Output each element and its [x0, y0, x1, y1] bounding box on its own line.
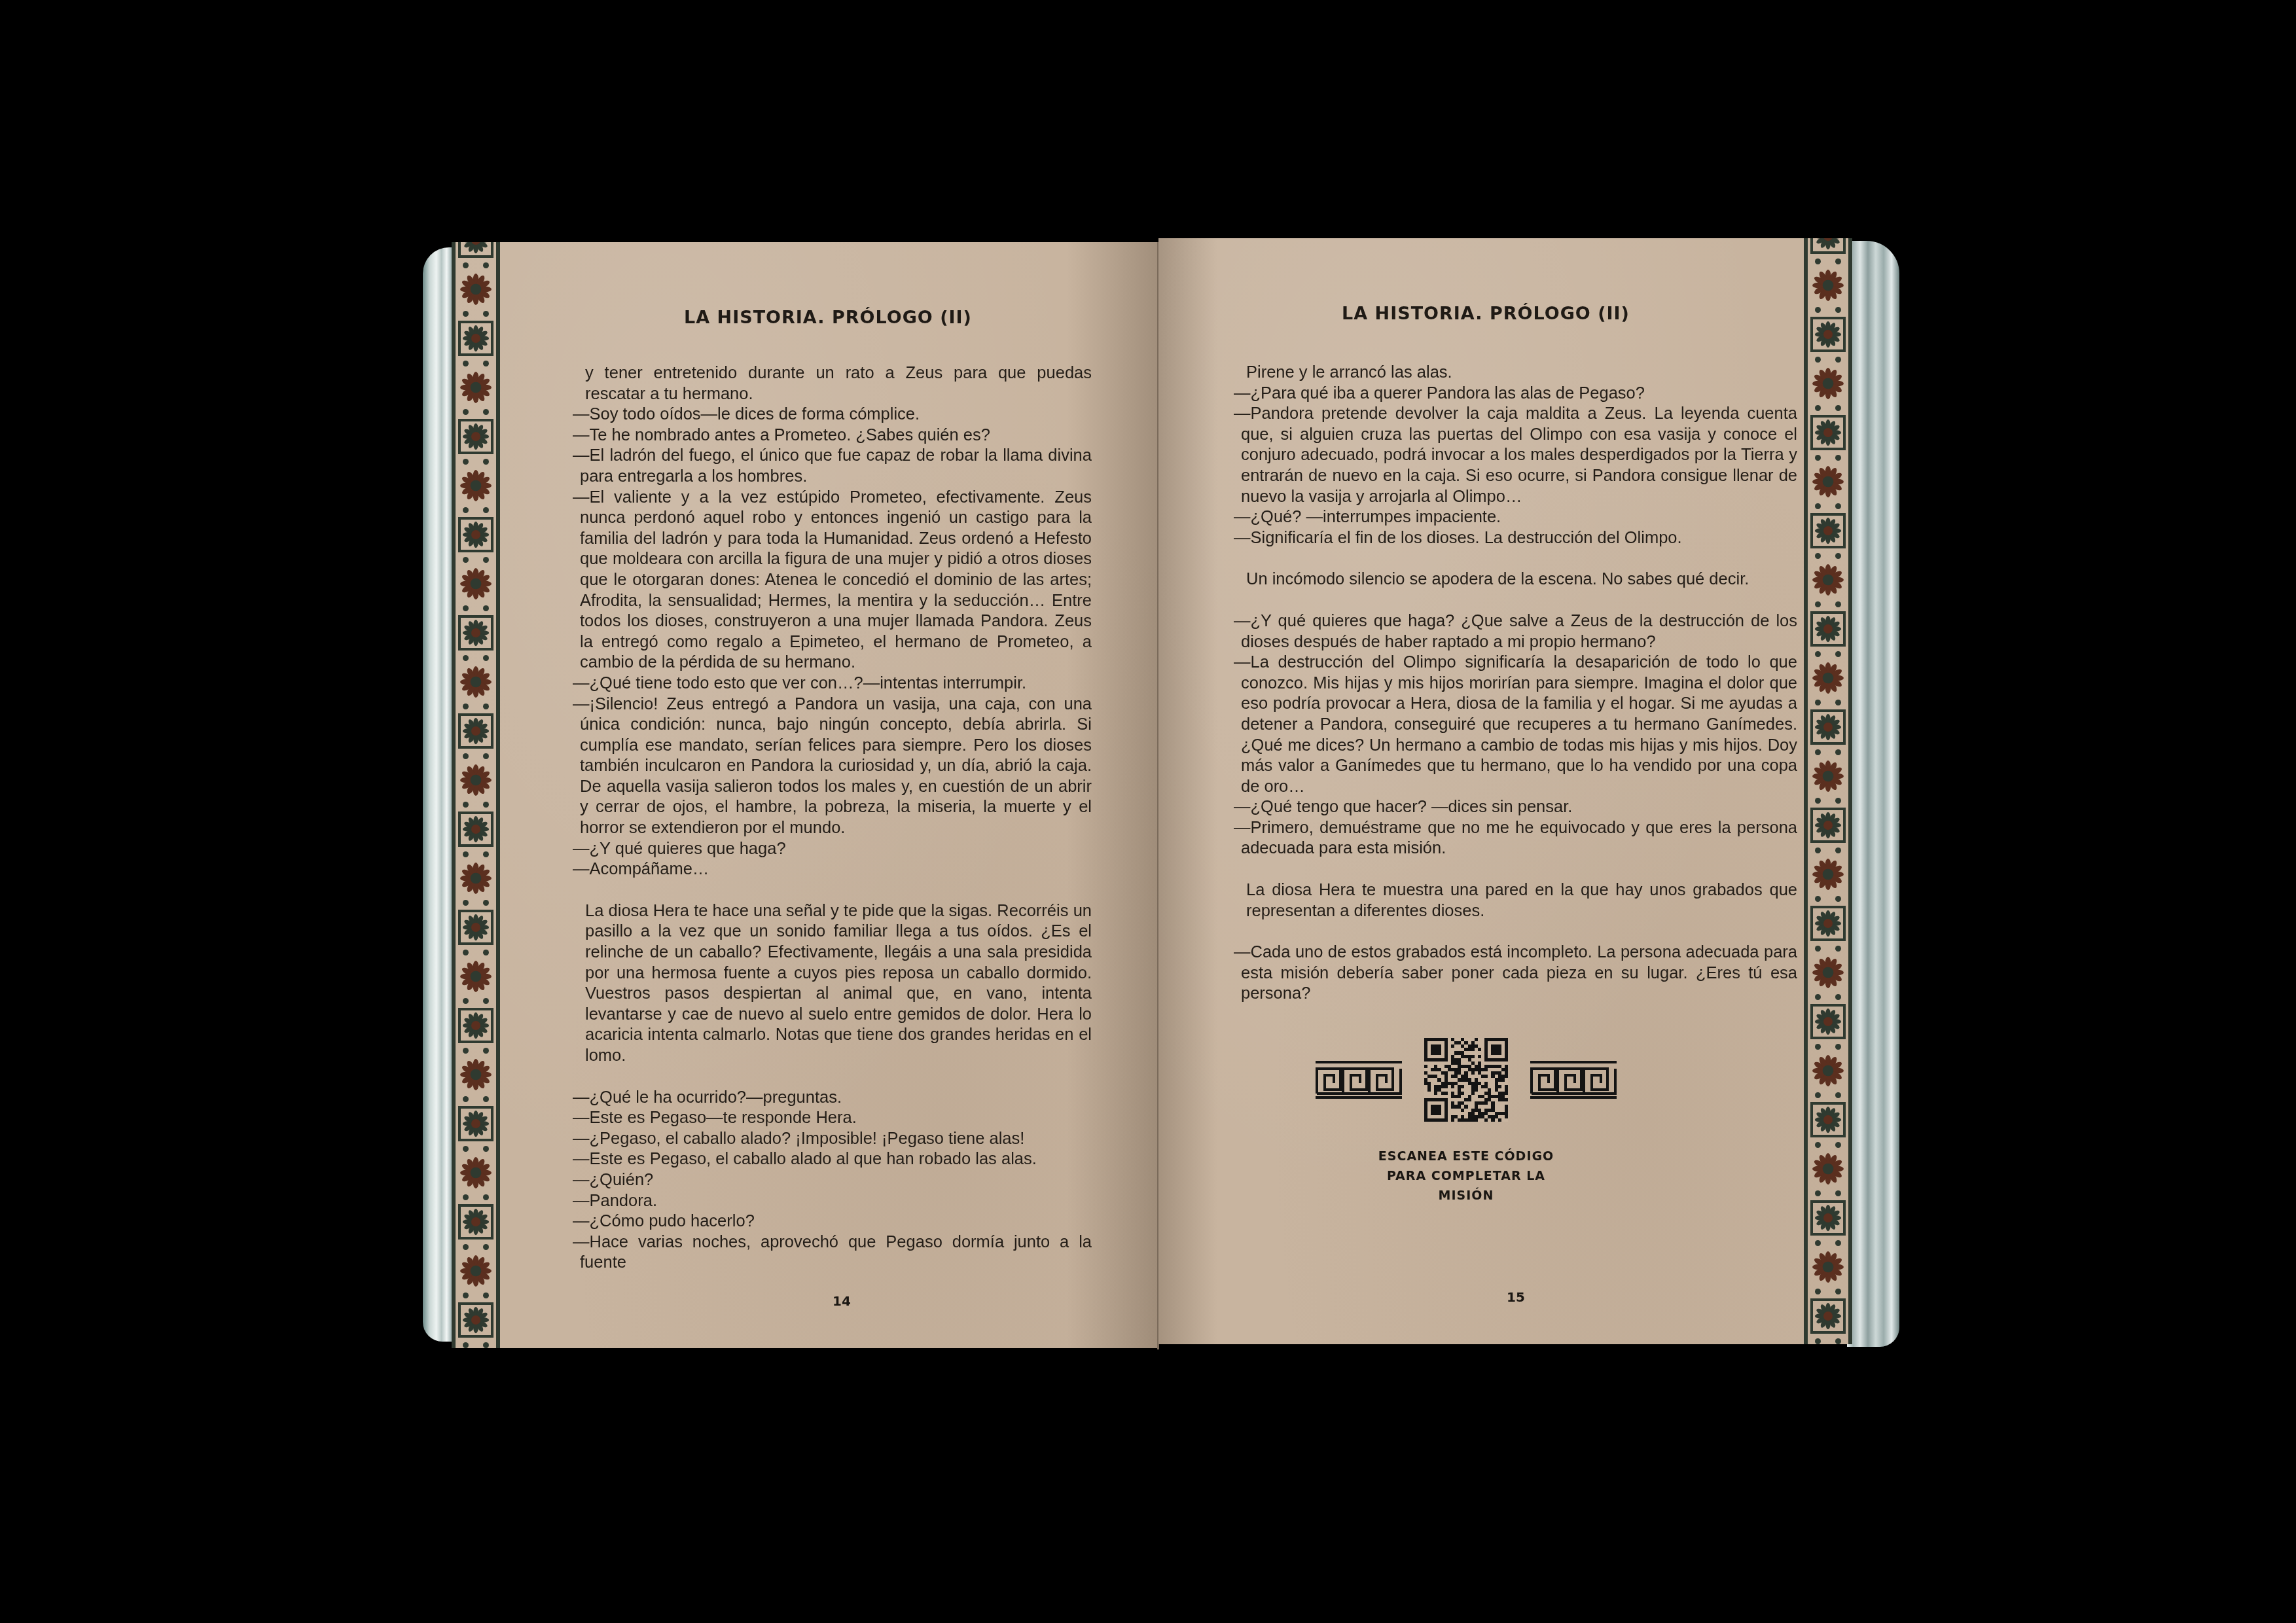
decorative-border-strip	[1804, 238, 1852, 1344]
dot-pair	[456, 1338, 496, 1348]
page-number: 14	[833, 1293, 851, 1309]
dot-pair	[1808, 941, 1848, 955]
open-book: LA HISTORIA. PRÓLOGO (II) y tener entret…	[423, 236, 1899, 1351]
dot-pair	[1808, 793, 1848, 808]
dialogue-line: —Este es Pegaso, el caballo alado al que…	[580, 1149, 1092, 1170]
rosette-icon	[459, 469, 493, 503]
dialogue-line: —Este es Pegaso—te responde Hera.	[580, 1108, 1092, 1129]
running-head: LA HISTORIA. PRÓLOGO (II)	[563, 308, 1093, 328]
boxed-rosette-icon	[1810, 709, 1846, 745]
dot-pair	[1808, 352, 1848, 366]
rosette-icon	[459, 1254, 493, 1288]
dot-pair	[456, 404, 496, 419]
dialogue-line: —La destrucción del Olimpo significaría …	[1241, 652, 1797, 797]
dialogue-line: —Pandora pretende devolver la caja maldi…	[1241, 404, 1797, 507]
boxed-rosette-icon	[458, 910, 493, 945]
paragraph: y tener entretenido durante un rato a Ze…	[580, 363, 1092, 404]
boxed-rosette-icon	[1810, 513, 1846, 548]
dot-pair	[1808, 548, 1848, 563]
dialogue-line: —¿Y qué quieres que haga? ¿Que salve a Z…	[1241, 611, 1797, 652]
dot-pair	[456, 1092, 496, 1106]
paragraph: Pirene y le arrancó las alas.	[1241, 363, 1797, 383]
dot-pair	[456, 699, 496, 713]
boxed-rosette-icon	[458, 811, 493, 847]
greek-key-meander-icon	[1530, 1061, 1617, 1099]
right-fore-edge	[1847, 241, 1899, 1347]
boxed-rosette-icon	[1810, 1298, 1846, 1334]
rosette-icon	[1811, 563, 1845, 597]
dot-pair	[1808, 1334, 1848, 1344]
dialogue-line: —¿Pegaso, el caballo alado? ¡Imposible! …	[580, 1129, 1092, 1150]
dot-pair	[1808, 499, 1848, 513]
boxed-rosette-icon	[458, 321, 493, 356]
dialogue-line: —¿Cómo pudo hacerlo?	[580, 1211, 1092, 1232]
boxed-rosette-icon	[458, 419, 493, 454]
dot-pair	[1808, 647, 1848, 661]
rosette-icon	[1811, 366, 1845, 401]
border-motifs	[456, 242, 496, 1348]
decorative-border-strip	[452, 242, 500, 1348]
rosette-icon	[459, 272, 493, 306]
rosette-icon	[459, 1156, 493, 1190]
dot-pair	[1808, 695, 1848, 709]
dialogue-line: —El ladrón del fuego, el único que fue c…	[580, 446, 1092, 487]
rosette-icon	[459, 959, 493, 993]
dialogue-line: —¿Qué le ha ocurrido?—preguntas.	[580, 1088, 1092, 1109]
boxed-rosette-icon	[458, 1302, 493, 1338]
boxed-rosette-icon	[1810, 415, 1846, 450]
rosette-icon	[1811, 955, 1845, 990]
page-number: 15	[1507, 1289, 1525, 1305]
body-text: Pirene y le arrancó las alas.—¿Para qué …	[1241, 363, 1797, 1005]
left-page: LA HISTORIA. PRÓLOGO (II) y tener entret…	[452, 242, 1158, 1348]
scan-instruction: ESCANEA ESTE CÓDIGO PARA COMPLETAR LA MI…	[1158, 1147, 1774, 1205]
dialogue-line: —¡Silencio! Zeus entregó a Pandora un va…	[580, 694, 1092, 839]
dot-pair	[456, 1190, 496, 1204]
dot-pair	[456, 1288, 496, 1302]
dialogue-line: —Soy todo oídos—le dices de forma cómpli…	[580, 404, 1092, 425]
rosette-icon	[459, 370, 493, 404]
dot-pair	[456, 1043, 496, 1058]
right-page: LA HISTORIA. PRÓLOGO (II) Pirene y le ar…	[1158, 238, 1852, 1344]
rosette-icon	[459, 1058, 493, 1092]
dot-pair	[456, 847, 496, 861]
qr-code-icon[interactable]	[1424, 1038, 1508, 1122]
dialogue-line: —Pandora.	[580, 1191, 1092, 1212]
boxed-rosette-icon	[1810, 1004, 1846, 1039]
boxed-rosette-icon	[1810, 317, 1846, 352]
dialogue-line: —¿Qué tengo que hacer? —dices sin pensar…	[1241, 797, 1797, 818]
rosette-icon	[1811, 465, 1845, 499]
dot-pair	[456, 945, 496, 959]
dot-pair	[456, 258, 496, 272]
running-head: LA HISTORIA. PRÓLOGO (II)	[1211, 304, 1761, 324]
dialogue-line: —¿Para qué iba a querer Pandora las alas…	[1241, 383, 1797, 404]
boxed-rosette-icon	[1810, 906, 1846, 941]
dot-pair	[456, 895, 496, 910]
rosette-icon	[459, 763, 493, 797]
dot-pair	[456, 601, 496, 615]
rosette-icon	[1811, 1152, 1845, 1186]
boxed-rosette-icon	[458, 1204, 493, 1240]
rosette-icon	[459, 567, 493, 601]
boxed-rosette-icon	[458, 242, 493, 258]
rosette-icon	[1811, 268, 1845, 302]
rosette-icon	[459, 665, 493, 699]
dot-pair	[1808, 843, 1848, 857]
boxed-rosette-icon	[1810, 1200, 1846, 1236]
dialogue-line: —Hace varias noches, aprovechó que Pegas…	[580, 1232, 1092, 1274]
dot-pair	[456, 503, 496, 517]
dot-pair	[456, 797, 496, 811]
border-motifs	[1808, 238, 1848, 1344]
boxed-rosette-icon	[458, 615, 493, 651]
boxed-rosette-icon	[458, 713, 493, 749]
boxed-rosette-icon	[1810, 238, 1846, 254]
dialogue-line: —Significaría el fin de los dioses. La d…	[1241, 528, 1797, 549]
dot-pair	[456, 356, 496, 370]
dot-pair	[456, 1240, 496, 1254]
rosette-icon	[1811, 759, 1845, 793]
rosette-icon	[1811, 661, 1845, 695]
dialogue-line: —Cada uno de estos grabados está incompl…	[1241, 942, 1797, 1005]
dot-pair	[456, 306, 496, 321]
body-text: y tener entretenido durante un rato a Ze…	[580, 363, 1092, 1274]
dot-pair	[1808, 1186, 1848, 1200]
dot-pair	[456, 454, 496, 469]
boxed-rosette-icon	[458, 1106, 493, 1141]
dot-pair	[1808, 254, 1848, 268]
dot-pair	[1808, 401, 1848, 415]
dialogue-line: —Primero, demuéstrame que no me he equiv…	[1241, 818, 1797, 859]
dot-pair	[1808, 450, 1848, 465]
rosette-icon	[1811, 857, 1845, 891]
dialogue-line: —Acompáñame…	[580, 859, 1092, 880]
dot-pair	[1808, 990, 1848, 1004]
dialogue-line: —¿Qué tiene todo esto que ver con…?—inte…	[580, 673, 1092, 694]
dot-pair	[1808, 745, 1848, 759]
dot-pair	[456, 749, 496, 763]
greek-key-meander-icon	[1316, 1061, 1402, 1099]
boxed-rosette-icon	[458, 1008, 493, 1043]
paragraph: La diosa Hera te muestra una pared en la…	[1241, 880, 1797, 921]
boxed-rosette-icon	[1810, 611, 1846, 647]
paragraph: La diosa Hera te hace una señal y te pid…	[580, 901, 1092, 1067]
dot-pair	[456, 651, 496, 665]
dialogue-line: —El valiente y a la vez estúpido Promete…	[580, 488, 1092, 673]
dot-pair	[456, 993, 496, 1008]
dot-pair	[1808, 1284, 1848, 1298]
dialogue-line: —¿Quién?	[580, 1170, 1092, 1191]
dot-pair	[456, 552, 496, 567]
qr-section	[1158, 1038, 1852, 1122]
dot-pair	[1808, 302, 1848, 317]
rosette-icon	[1811, 1250, 1845, 1284]
paragraph: Un incómodo silencio se apodera de la es…	[1241, 569, 1797, 590]
boxed-rosette-icon	[458, 517, 493, 552]
boxed-rosette-icon	[1810, 808, 1846, 843]
dot-pair	[1808, 1137, 1848, 1152]
dot-pair	[1808, 1236, 1848, 1250]
dialogue-line: —¿Y qué quieres que haga?	[580, 839, 1092, 860]
dot-pair	[456, 1141, 496, 1156]
rosette-icon	[459, 861, 493, 895]
dialogue-line: —¿Qué? —interrumpes impaciente.	[1241, 507, 1797, 528]
dialogue-line: —Te he nombrado antes a Prometeo. ¿Sabes…	[580, 425, 1092, 446]
dot-pair	[1808, 891, 1848, 906]
dot-pair	[1808, 597, 1848, 611]
